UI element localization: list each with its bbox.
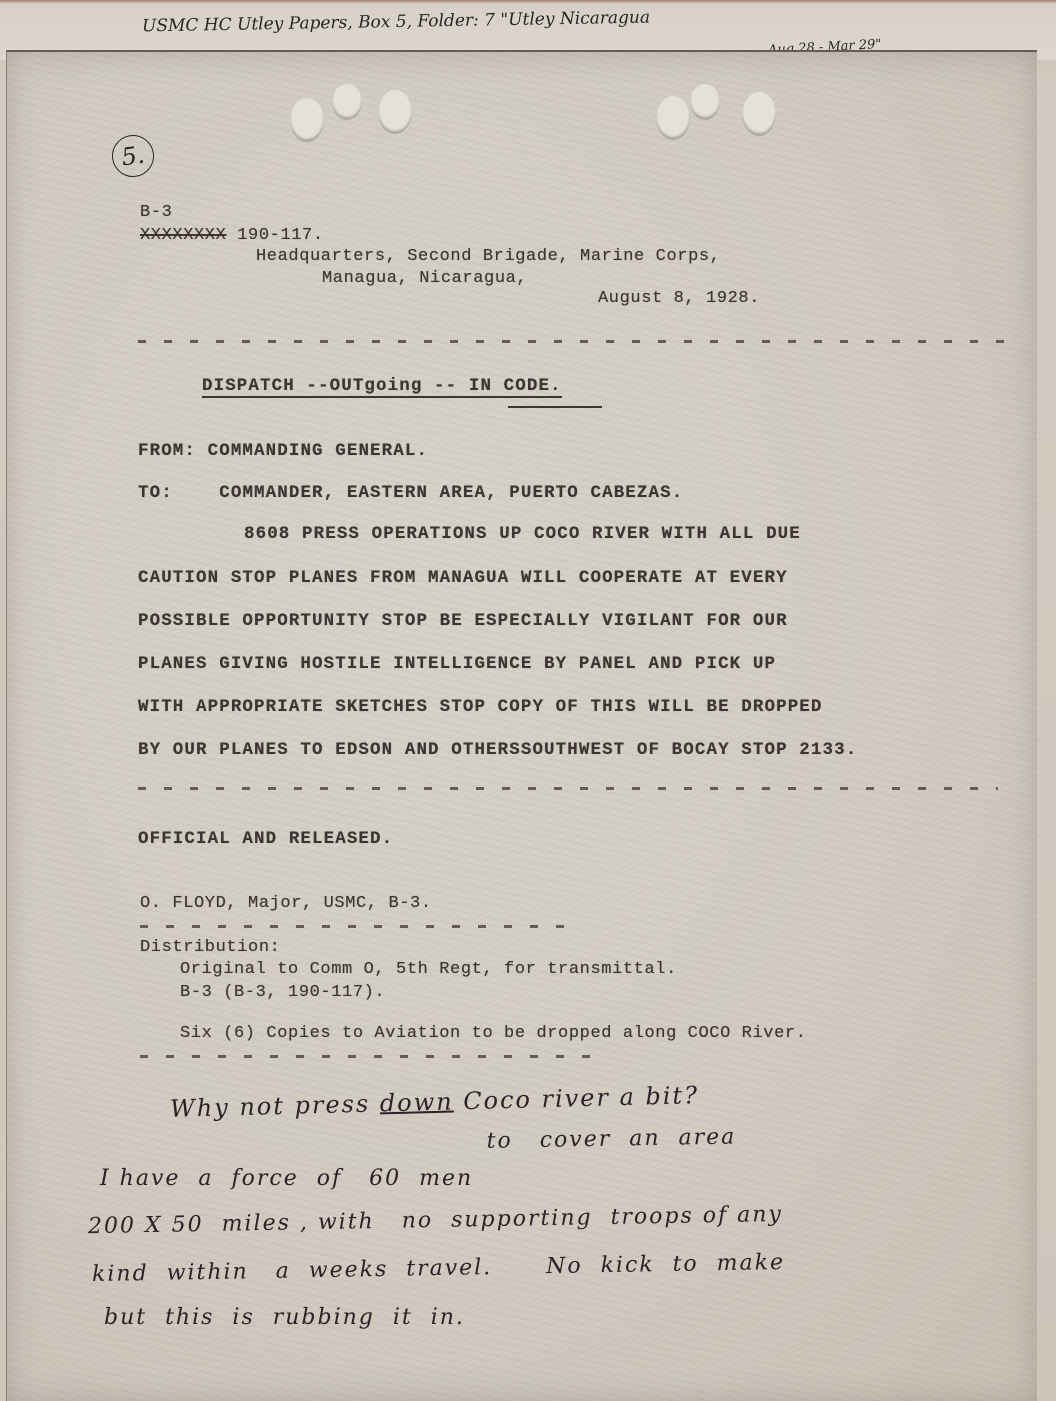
- separator-dashes: [138, 340, 1018, 343]
- message-line: POSSIBLE OPPORTUNITY STOP BE ESPECIALLY …: [138, 611, 788, 631]
- separator-dashes: [140, 1055, 600, 1058]
- from-line: FROM: COMMANDING GENERAL.: [138, 441, 428, 461]
- from-label: FROM:: [138, 441, 196, 461]
- title-double-underline: [508, 406, 602, 408]
- distribution-label: Distribution:: [140, 938, 280, 957]
- handwritten-note-line: I have a force of 60 men: [100, 1166, 473, 1191]
- punch-hole: [290, 98, 324, 142]
- message-line: BY OUR PLANES TO EDSON AND OTHERSSOUTHWE…: [138, 740, 857, 760]
- struck-text: XXXXXXXX: [140, 226, 226, 245]
- file-number: 190-117.: [237, 226, 323, 245]
- location-line: Managua, Nicaragua,: [322, 269, 527, 288]
- distribution-item: Six (6) Copies to Aviation to be dropped…: [180, 1024, 807, 1043]
- dispatch-title: DISPATCH --OUTgoing -- IN CODE.: [202, 376, 562, 396]
- note-text: Why not press: [170, 1089, 380, 1122]
- separator-dashes: [138, 787, 998, 790]
- signature-line: O. FLOYD, Major, USMC, B-3.: [140, 894, 432, 913]
- section-code: B-3: [140, 203, 172, 222]
- separator-dashes: [140, 925, 580, 928]
- punch-hole: [378, 90, 412, 134]
- to-label: TO:: [138, 483, 173, 503]
- punch-hole: [690, 84, 720, 120]
- note-underlined-word: down: [379, 1088, 454, 1118]
- distribution-item: B-3 (B-3, 190-117).: [180, 983, 385, 1002]
- to-value: COMMANDER, EASTERN AREA, PUERTO CABEZAS.: [219, 483, 683, 503]
- file-reference: XXXXXXXX 190-117.: [140, 226, 324, 245]
- document-date: August 8, 1928.: [598, 289, 760, 308]
- punch-hole: [656, 96, 690, 140]
- handwritten-note-line: but this is rubbing it in.: [104, 1305, 465, 1330]
- message-line: CAUTION STOP PLANES FROM MANAGUA WILL CO…: [138, 568, 788, 588]
- message-line: WITH APPROPRIATE SKETCHES STOP COPY OF T…: [138, 697, 823, 717]
- distribution-item: Original to Comm O, 5th Regt, for transm…: [180, 960, 677, 979]
- from-value: COMMANDING GENERAL.: [208, 441, 428, 461]
- org-line: Headquarters, Second Brigade, Marine Cor…: [256, 247, 720, 266]
- title-in-code: IN CODE.: [469, 376, 562, 398]
- message-line: 8608 PRESS OPERATIONS UP COCO RIVER WITH…: [244, 524, 801, 544]
- punch-hole: [742, 92, 776, 136]
- title-outgoing: DISPATCH --OUTgoing --: [202, 376, 469, 398]
- release-line: OFFICIAL AND RELEASED.: [138, 829, 393, 849]
- to-line: TO: COMMANDER, EASTERN AREA, PUERTO CABE…: [138, 483, 683, 503]
- message-line: PLANES GIVING HOSTILE INTELLIGENCE BY PA…: [138, 654, 776, 674]
- punch-hole: [332, 84, 362, 120]
